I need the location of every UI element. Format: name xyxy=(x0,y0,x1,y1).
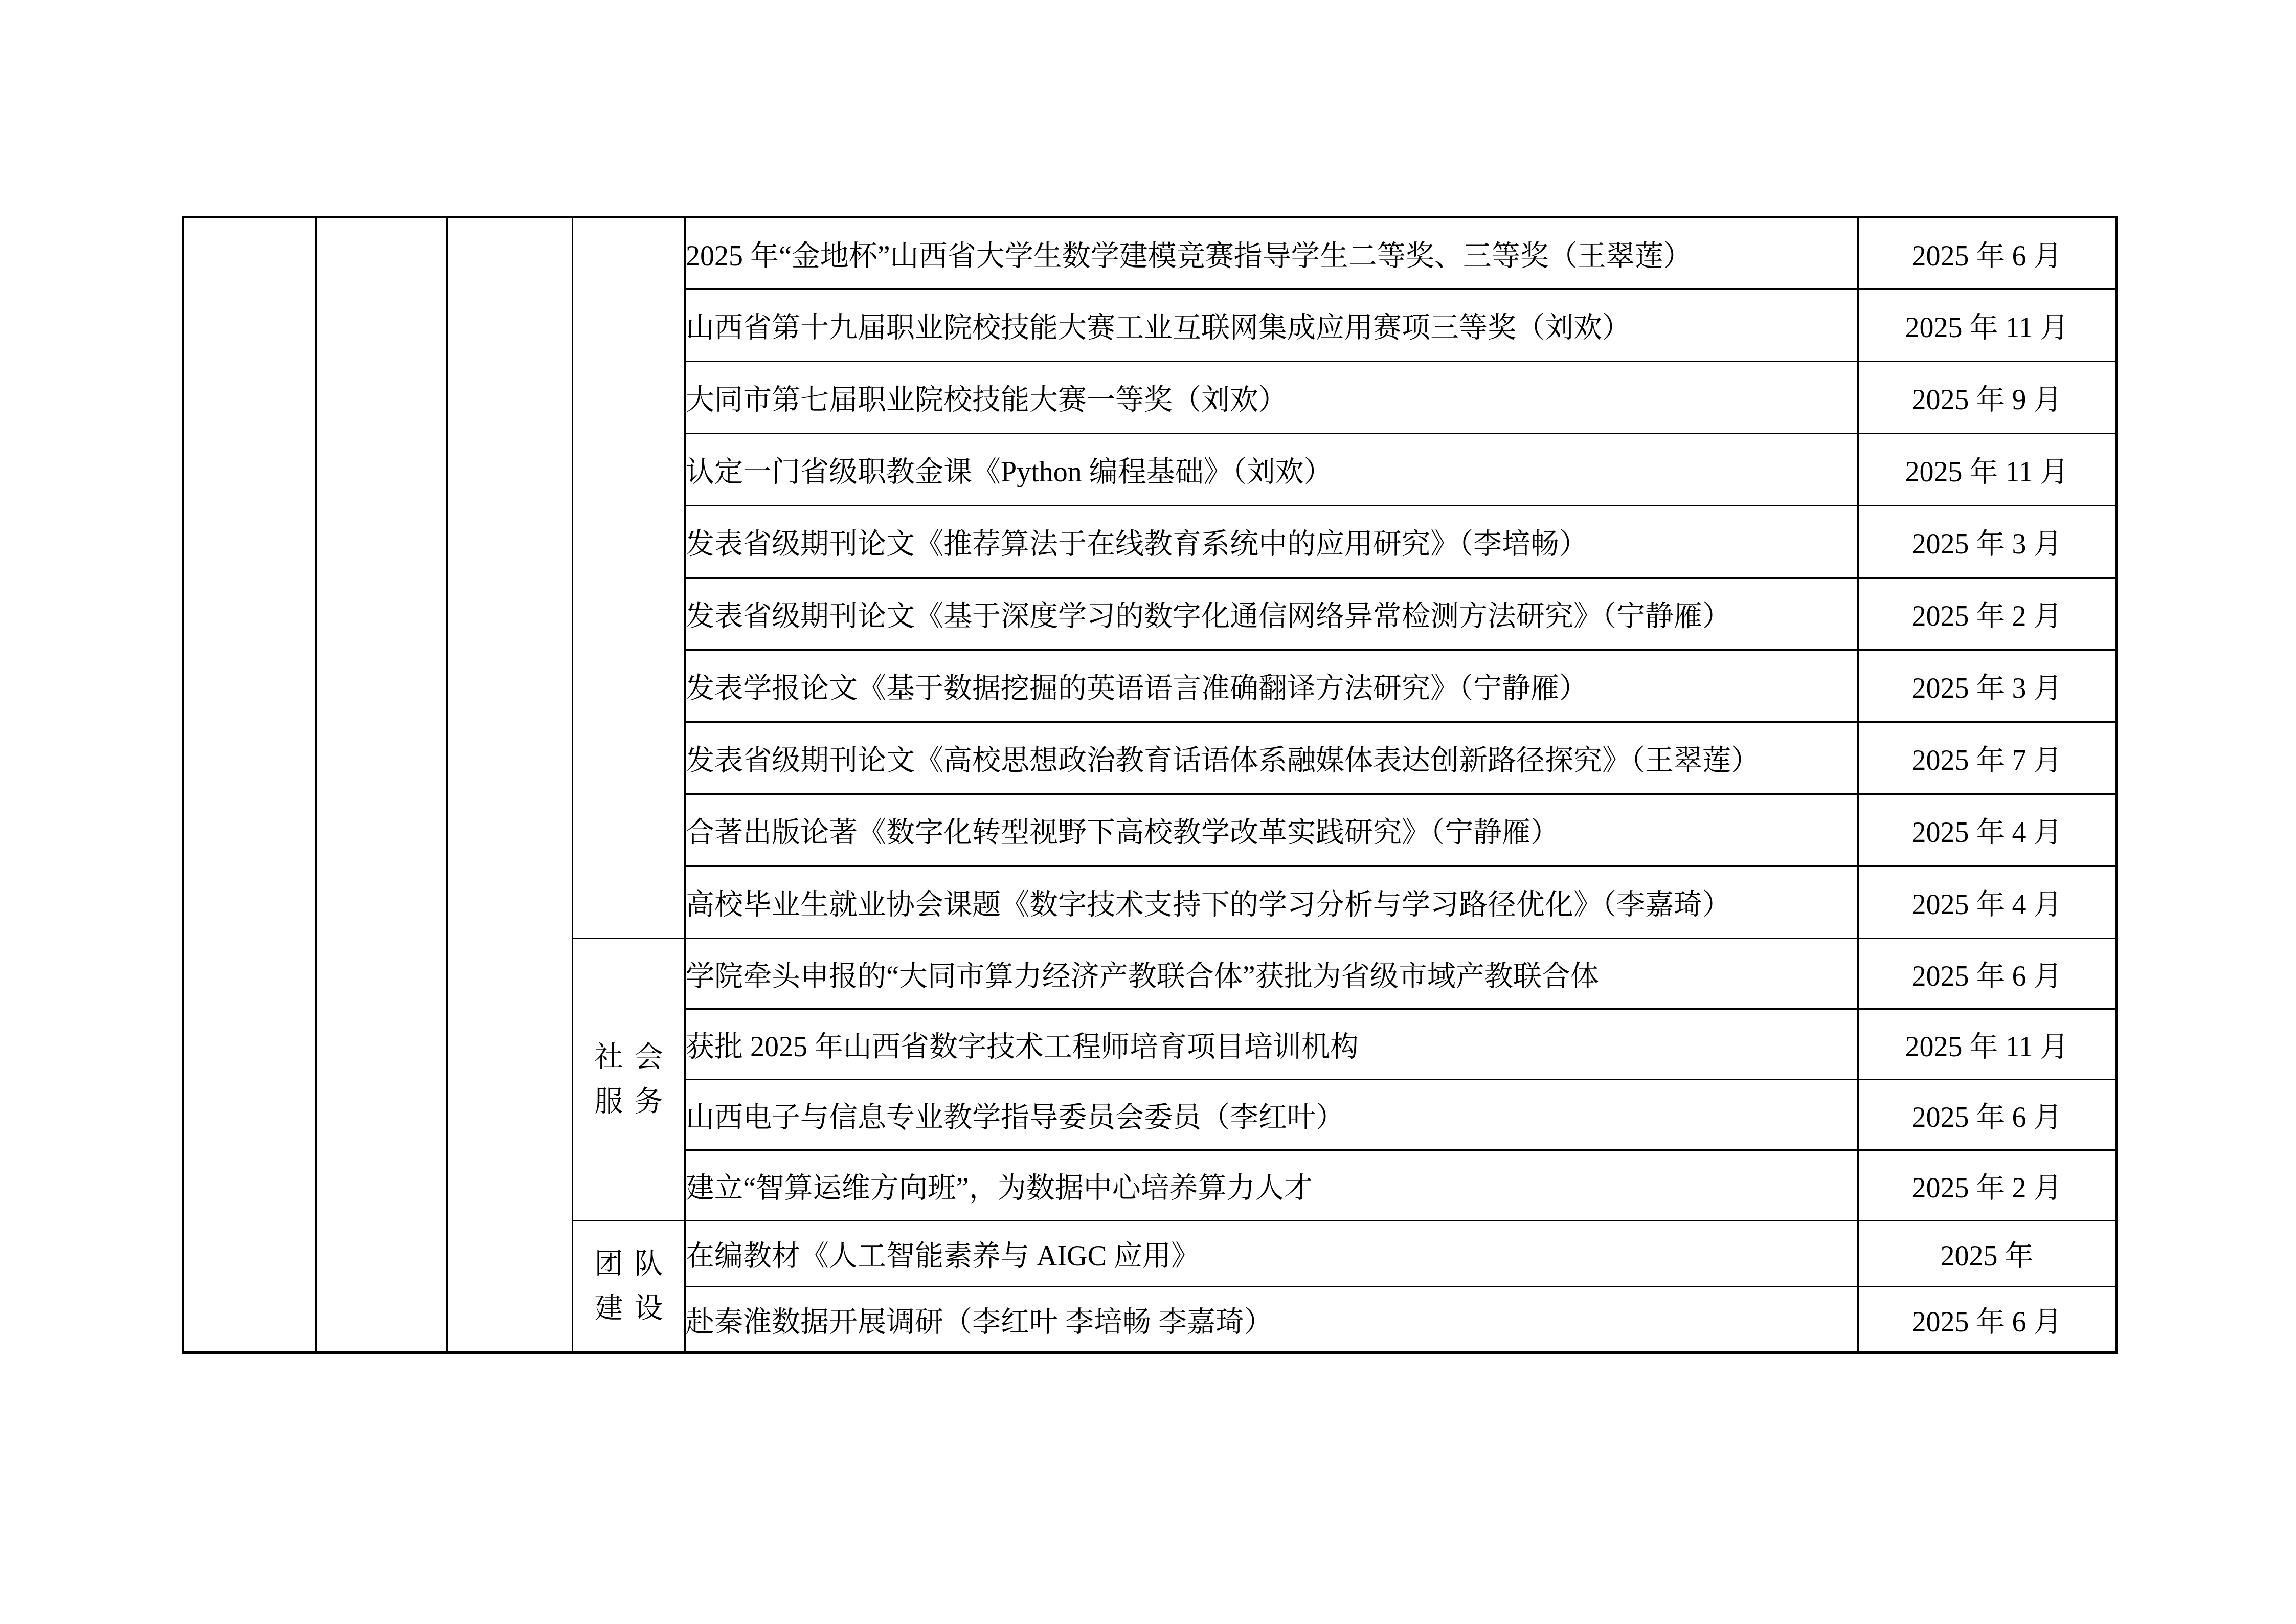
table-row: 2025 年“金地杯”山西省大学生数学建模竞赛指导学生二等奖、三等奖（王翠莲） … xyxy=(183,217,2117,290)
date-cell: 2025 年 6 月 xyxy=(1858,1080,2117,1150)
date-cell: 2025 年 xyxy=(1858,1221,2117,1287)
achievement-cell: 山西电子与信息专业教学指导委员会委员（李红叶） xyxy=(685,1080,1858,1150)
date-cell: 2025 年 4 月 xyxy=(1858,794,2117,866)
achievement-cell: 山西省第十九届职业院校技能大赛工业互联网集成应用赛项三等奖（刘欢） xyxy=(685,290,1858,362)
category-label-line: 团队 xyxy=(595,1242,674,1286)
empty-column-3-cell xyxy=(447,217,573,1353)
achievement-cell: 大同市第七届职业院校技能大赛一等奖（刘欢） xyxy=(685,362,1858,434)
achievement-cell: 发表省级期刊论文《推荐算法于在线教育系统中的应用研究》（李培畅） xyxy=(685,506,1858,578)
achievements-table: 2025 年“金地杯”山西省大学生数学建模竞赛指导学生二等奖、三等奖（王翠莲） … xyxy=(182,216,2118,1354)
achievement-cell: 发表学报论文《基于数据挖掘的英语语言准确翻译方法研究》（宁静雁） xyxy=(685,650,1858,722)
date-cell: 2025 年 2 月 xyxy=(1858,578,2117,650)
category-label-line: 建设 xyxy=(595,1286,674,1331)
category-label-line: 社会 xyxy=(595,1035,674,1080)
achievement-cell: 高校毕业生就业协会课题《数字技术支持下的学习分析与学习路径优化》（李嘉琦） xyxy=(685,866,1858,939)
empty-column-2-cell xyxy=(316,217,447,1353)
date-cell: 2025 年 9 月 xyxy=(1858,362,2117,434)
category-cell-social-service: 社会 服务 xyxy=(573,939,685,1221)
empty-column-1-cell xyxy=(183,217,316,1353)
achievement-cell: 2025 年“金地杯”山西省大学生数学建模竞赛指导学生二等奖、三等奖（王翠莲） xyxy=(685,217,1858,290)
achievement-cell: 赴秦淮数据开展调研（李红叶 李培畅 李嘉琦） xyxy=(685,1287,1858,1353)
achievement-cell: 学院牵头申报的“大同市算力经济产教联合体”获批为省级市域产教联合体 xyxy=(685,939,1858,1009)
date-cell: 2025 年 3 月 xyxy=(1858,650,2117,722)
achievement-cell: 认定一门省级职教金课《Python 编程基础》（刘欢） xyxy=(685,434,1858,506)
achievement-cell: 获批 2025 年山西省数字技术工程师培育项目培训机构 xyxy=(685,1009,1858,1080)
achievement-cell: 发表省级期刊论文《基于深度学习的数字化通信网络异常检测方法研究》（宁静雁） xyxy=(685,578,1858,650)
achievement-cell: 在编教材《人工智能素养与 AIGC 应用》 xyxy=(685,1221,1858,1287)
date-cell: 2025 年 11 月 xyxy=(1858,434,2117,506)
achievement-cell: 建立“智算运维方向班”，为数据中心培养算力人才 xyxy=(685,1150,1858,1221)
page-background: 2025 年“金地杯”山西省大学生数学建模竞赛指导学生二等奖、三等奖（王翠莲） … xyxy=(0,0,2296,1624)
date-cell: 2025 年 6 月 xyxy=(1858,939,2117,1009)
date-cell: 2025 年 6 月 xyxy=(1858,1287,2117,1353)
achievement-cell: 发表省级期刊论文《高校思想政治教育话语体系融媒体表达创新路径探究》（王翠莲） xyxy=(685,722,1858,794)
date-cell: 2025 年 3 月 xyxy=(1858,506,2117,578)
date-cell: 2025 年 6 月 xyxy=(1858,217,2117,290)
date-cell: 2025 年 4 月 xyxy=(1858,866,2117,939)
date-cell: 2025 年 11 月 xyxy=(1858,1009,2117,1080)
date-cell: 2025 年 2 月 xyxy=(1858,1150,2117,1221)
category-label-line: 服务 xyxy=(595,1080,674,1124)
date-cell: 2025 年 11 月 xyxy=(1858,290,2117,362)
achievement-cell: 合著出版论著《数字化转型视野下高校教学改革实践研究》（宁静雁） xyxy=(685,794,1858,866)
date-cell: 2025 年 7 月 xyxy=(1858,722,2117,794)
document-page: { "page": { "background": "#ffffff", "te… xyxy=(0,0,2296,1624)
category-cell-blank xyxy=(573,217,685,939)
category-cell-team-building: 团队 建设 xyxy=(573,1221,685,1353)
